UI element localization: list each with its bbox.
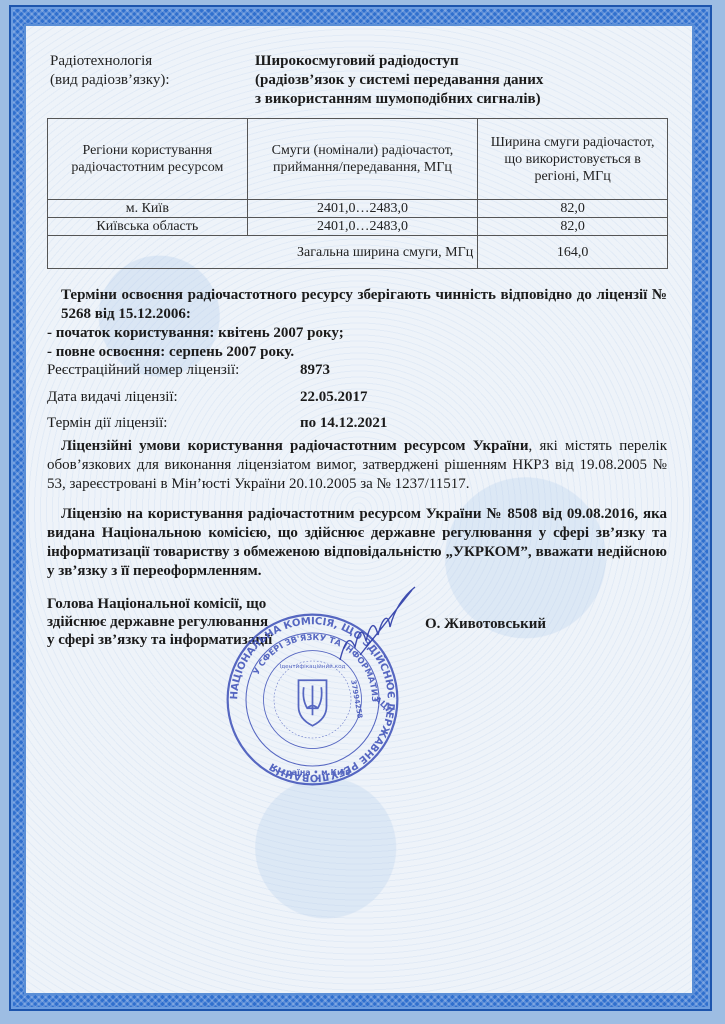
trident-emblem-icon — [299, 680, 327, 726]
conditions-title: Ліцензійні умови користування радіочасто… — [61, 438, 528, 454]
table-row: Київська область 2401,0…2483,0 82,0 — [48, 218, 668, 236]
width-cell: 82,0 — [478, 200, 668, 218]
region-cell: м. Київ — [48, 200, 248, 218]
validity-value: по 14.12.2021 — [300, 415, 387, 431]
validity-field: Термін дії ліцензії:по 14.12.2021 — [47, 414, 447, 433]
technology-value-line: (радіозв’язок у системі передавання дани… — [255, 71, 675, 90]
technology-label: Радіотехнологія (вид радіозв’язку): — [50, 52, 240, 90]
issue-date-label: Дата видачі ліцензії: — [47, 388, 300, 407]
header-regions: Регіони користування радіочастотним ресу… — [48, 119, 248, 200]
total-value: 164,0 — [478, 236, 668, 269]
reg-number-value: 8973 — [300, 362, 330, 378]
total-label: Загальна ширина смуги, МГц — [48, 236, 478, 269]
width-cell: 82,0 — [478, 218, 668, 236]
technology-value: Широкосмуговий радіодоступ (радіозв’язок… — [255, 52, 675, 109]
development-terms: Терміни освоєння радіочастотного ресурсу… — [47, 286, 667, 362]
signatory-name: О. Животовський — [425, 616, 546, 633]
band-cell: 2401,0…2483,0 — [247, 200, 478, 218]
frequency-table: Регіони користування радіочастотним ресу… — [47, 118, 668, 269]
table-row: м. Київ 2401,0…2483,0 82,0 — [48, 200, 668, 218]
terms-start: - початок користування: квітень 2007 рок… — [47, 324, 667, 343]
signatory-title-line: Голова Національної комісії, що — [47, 595, 307, 613]
table-total-row: Загальна ширина смуги, МГц 164,0 — [48, 236, 668, 269]
previous-license-note: Ліцензію на користування радіочастотним … — [47, 505, 667, 581]
header-bands: Смуги (номінали) радіочастот, приймання/… — [247, 119, 478, 200]
stamp-bottom-text: Україна • м.Київ — [275, 768, 350, 777]
region-cell: Київська область — [48, 218, 248, 236]
technology-label-line: Радіотехнологія — [50, 52, 240, 71]
terms-full: - повне освоєння: серпень 2007 року. — [47, 343, 667, 362]
header-width: Ширина смуги радіочастот, що використову… — [478, 119, 668, 200]
terms-intro: Терміни освоєння радіочастотного ресурсу… — [47, 286, 667, 324]
technology-value-line: Широкосмуговий радіодоступ — [255, 52, 675, 71]
technology-value-line: з використанням шумоподібних сигналів) — [255, 90, 675, 109]
validity-label: Термін дії ліцензії: — [47, 414, 300, 433]
table-header-row: Регіони користування радіочастотним ресу… — [48, 119, 668, 200]
technology-label-line: (вид радіозв’язку): — [50, 71, 240, 90]
reg-number-field: Реєстраційний номер ліцензії:8973 — [47, 361, 447, 380]
license-conditions: Ліцензійні умови користування радіочасто… — [47, 437, 667, 494]
issue-date-field: Дата видачі ліцензії:22.05.2017 — [47, 388, 447, 407]
reg-number-label: Реєстраційний номер ліцензії: — [47, 361, 300, 380]
issue-date-value: 22.05.2017 — [300, 389, 368, 405]
signature — [300, 585, 420, 665]
band-cell: 2401,0…2483,0 — [247, 218, 478, 236]
